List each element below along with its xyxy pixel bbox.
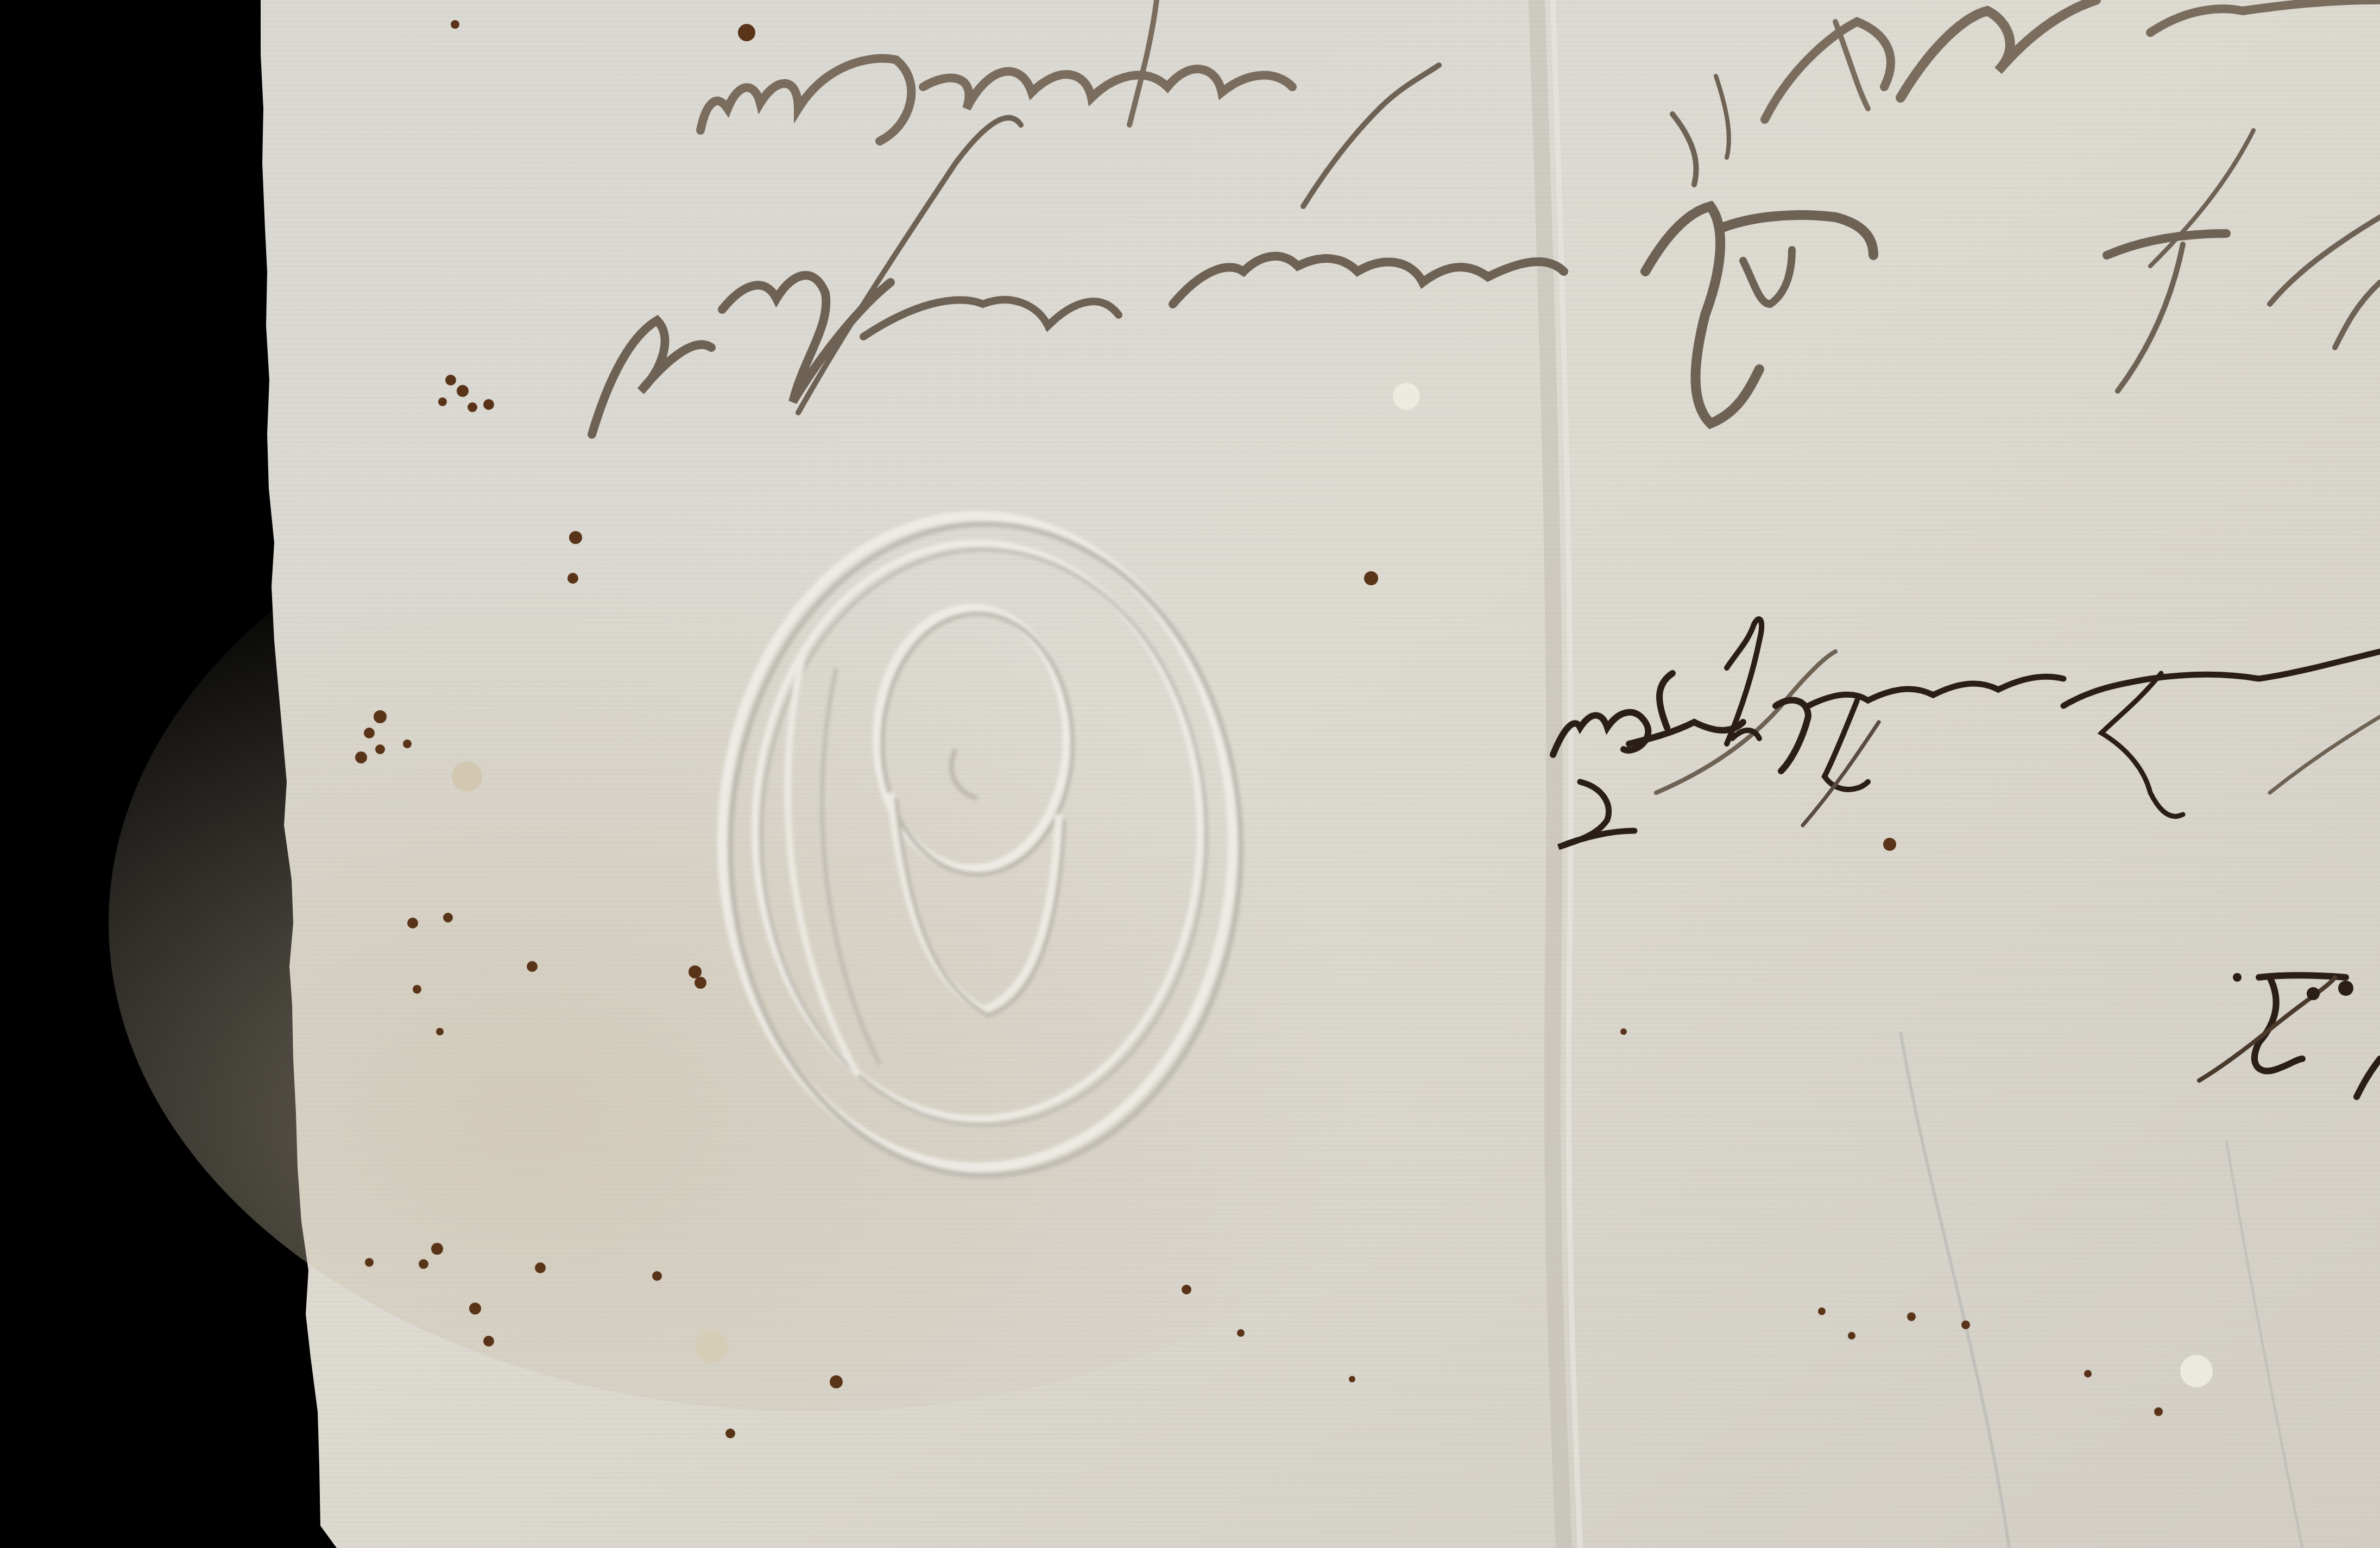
- paper-sheet: [109, 0, 2380, 1548]
- document-photo: Close-up photograph of the lower-left co…: [0, 0, 2380, 1548]
